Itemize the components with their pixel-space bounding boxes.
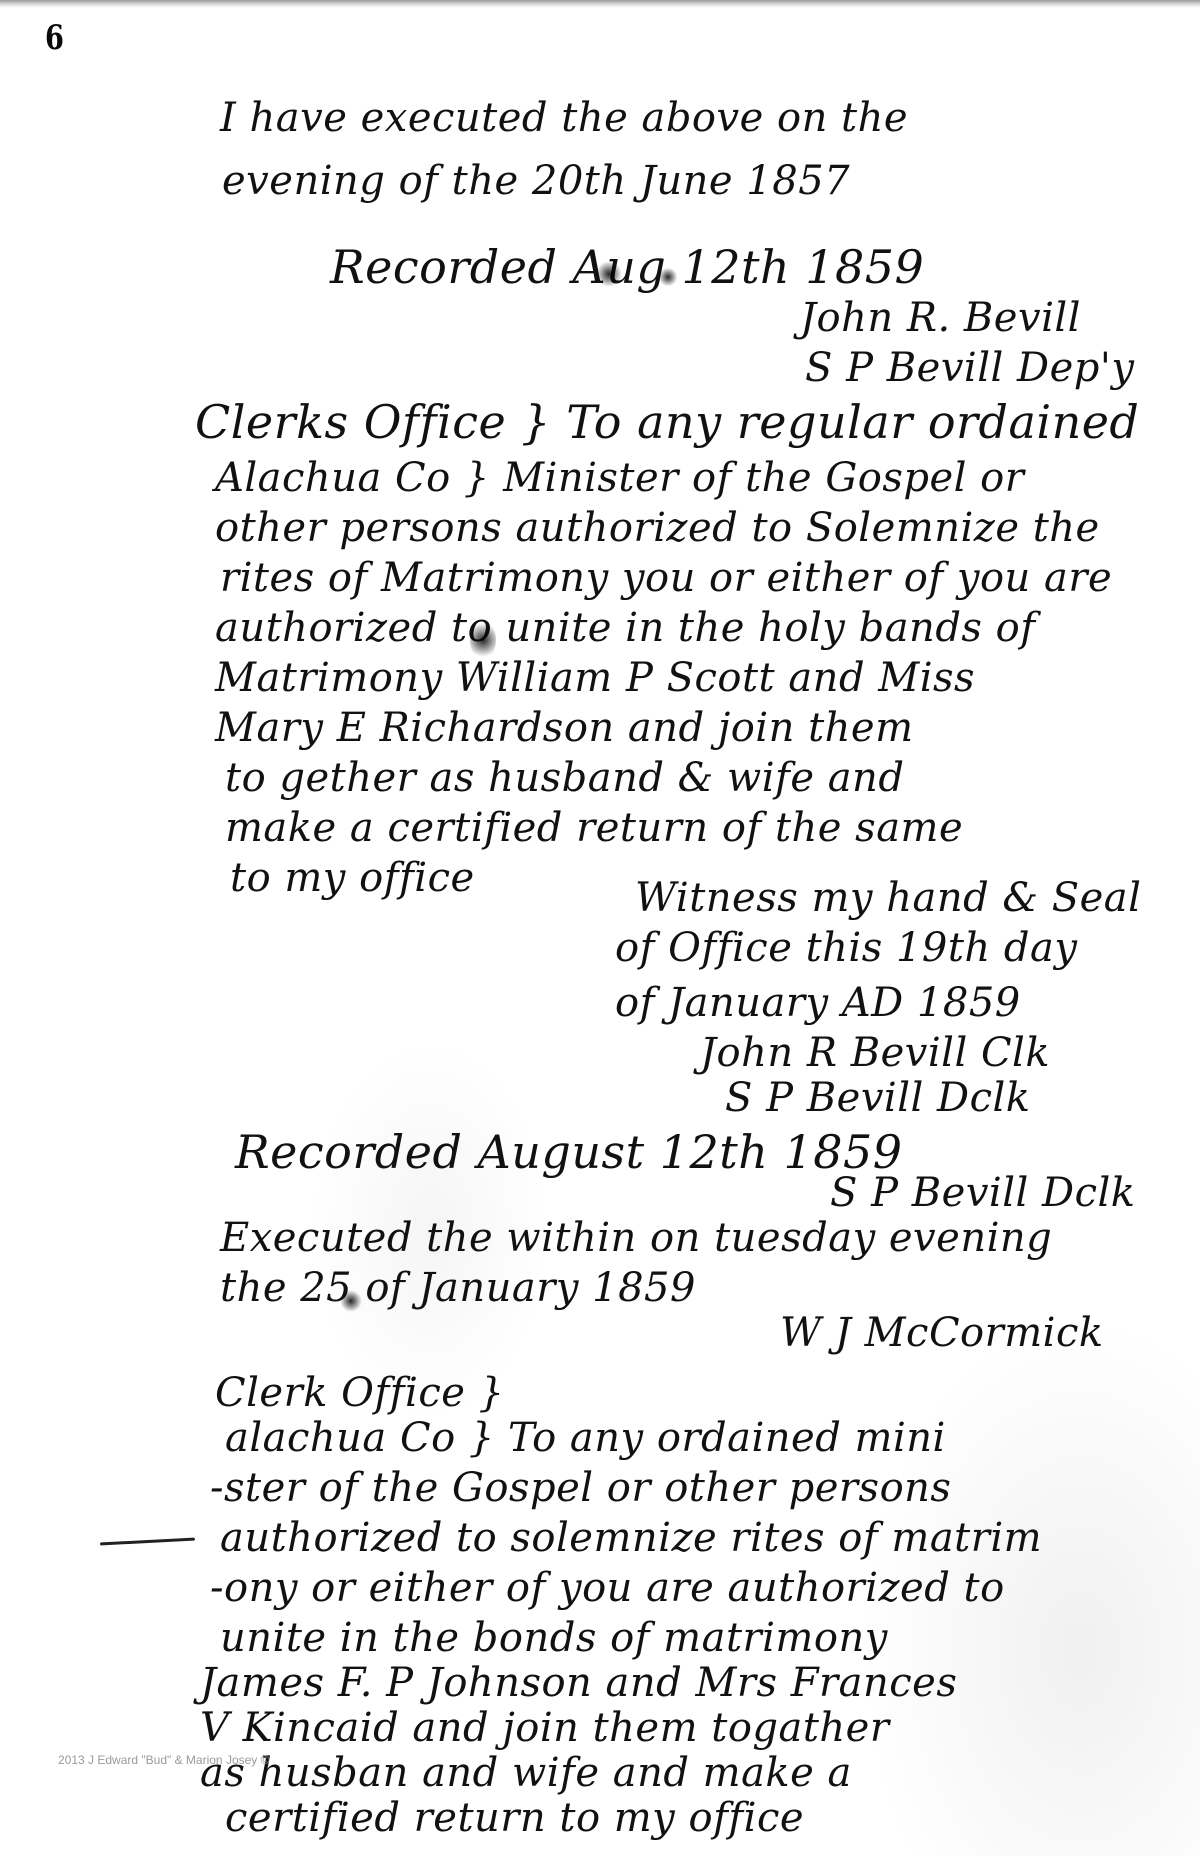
execution-2-line-2: the 25 of January 1859 bbox=[220, 1265, 696, 1311]
license-2-line-6: unite in the bonds of matrimony bbox=[220, 1615, 888, 1661]
ink-blot bbox=[470, 620, 496, 660]
copyright-footer: 2013 J Edward "Bud" & Marion Josey © bbox=[58, 1753, 269, 1767]
execution-2-signature: W J McCormick bbox=[780, 1310, 1104, 1356]
recorded-2-signature: S P Bevill Dclk bbox=[830, 1170, 1136, 1216]
ink-blot bbox=[340, 1290, 362, 1312]
license-1-line-1: Clerks Office } To any regular ordained bbox=[195, 395, 1139, 449]
license-2-line-2: alachua Co } To any ordained mini bbox=[225, 1415, 946, 1461]
license-2-line-9: as husban and wife and make a bbox=[200, 1750, 852, 1796]
license-1-line-9: make a certified return of the same bbox=[225, 805, 963, 851]
license-1-line-8: to gether as husband & wife and bbox=[225, 755, 904, 801]
ink-scratch bbox=[100, 1538, 195, 1546]
license-1-line-10: to my office bbox=[230, 855, 475, 901]
ink-blot bbox=[595, 262, 623, 286]
recorded-2-text: Recorded August 12th 1859 bbox=[235, 1125, 903, 1179]
license-2-line-10: certified return to my office bbox=[225, 1795, 804, 1841]
license-1-witness-line-3: of January AD 1859 bbox=[615, 980, 1021, 1026]
license-1-witness-line-1: Witness my hand & Seal bbox=[635, 875, 1141, 921]
license-1-witness-line-2: of Office this 19th day bbox=[615, 925, 1077, 971]
license-2-line-3: -ster of the Gospel or other persons bbox=[210, 1465, 951, 1511]
scanned-document-page: 6 I have executed the above on the eveni… bbox=[0, 0, 1200, 1856]
recorded-1-signature-2: S P Bevill Dep'y bbox=[805, 345, 1134, 391]
license-1-line-2: Alachua Co } Minister of the Gospel or bbox=[215, 455, 1024, 501]
license-2-line-4: authorized to solemnize rites of matrim bbox=[220, 1515, 1042, 1561]
license-1-line-3: other persons authorized to Solemnize th… bbox=[215, 505, 1100, 551]
recorded-1-text: Recorded Aug 12th 1859 bbox=[330, 240, 924, 294]
license-1-line-4: rites of Matrimony you or either of you … bbox=[220, 555, 1112, 601]
license-1-line-6: Matrimony William P Scott and Miss bbox=[215, 655, 975, 701]
execution-1-line-1: I have executed the above on the bbox=[220, 95, 908, 141]
page-number: 6 bbox=[45, 18, 64, 58]
ink-blot bbox=[658, 268, 678, 286]
license-2-line-1: Clerk Office } bbox=[215, 1370, 505, 1416]
license-1-line-7: Mary E Richardson and join them bbox=[215, 705, 914, 751]
recorded-1-signature-1: John R. Bevill bbox=[800, 295, 1081, 341]
page-top-edge bbox=[0, 0, 1200, 8]
execution-1-line-2: evening of the 20th June 1857 bbox=[222, 158, 850, 204]
license-1-deputy-signature: S P Bevill Dclk bbox=[725, 1075, 1031, 1121]
license-2-line-5: -ony or either of you are authorized to bbox=[210, 1565, 1005, 1611]
license-1-clerk-signature: John R Bevill Clk bbox=[700, 1030, 1050, 1076]
license-2-line-8: V Kincaid and join them togather bbox=[200, 1705, 889, 1751]
license-2-line-7: James F. P Johnson and Mrs Frances bbox=[200, 1660, 957, 1706]
execution-2-line-1: Executed the within on tuesday evening bbox=[220, 1215, 1052, 1261]
license-1-line-5: authorized to unite in the holy bands of bbox=[215, 605, 1036, 651]
